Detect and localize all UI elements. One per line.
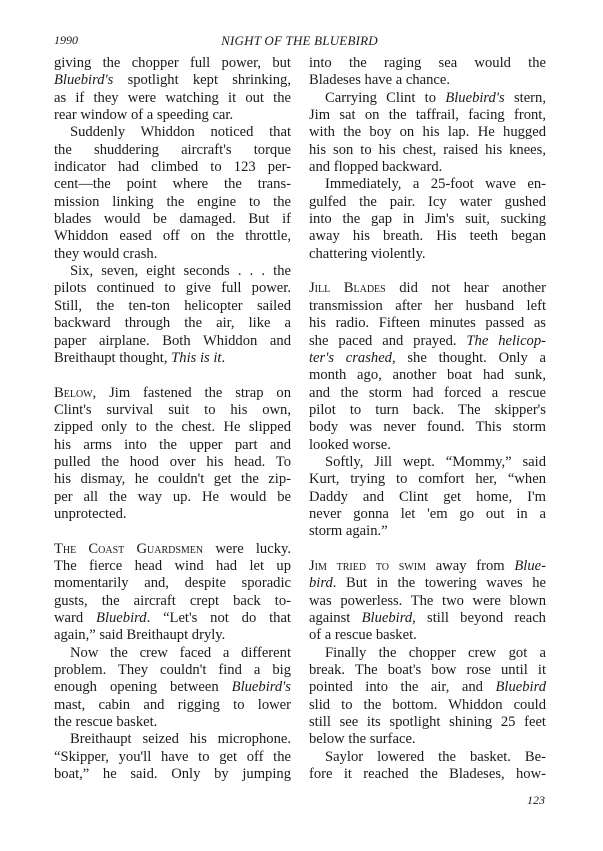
text-line: never gonna let 'em go out in a [309, 506, 546, 523]
section-break [309, 541, 546, 558]
text-line: Jim tried to swim away from Blue- [309, 558, 546, 575]
text-line: she paced and prayed. The helicop- [309, 333, 546, 350]
text-line: Immediately, a 25-foot wave en- [309, 176, 546, 193]
text-line: Below, Jim fastened the strap on [54, 385, 291, 402]
text-line: transmission after her husband left [309, 298, 546, 315]
text-line: as if they were watching it out the [54, 90, 291, 107]
text-line: still see its spotlight shining 25 feet [309, 714, 546, 731]
text-line: the shuddering aircraft's torque [54, 142, 291, 159]
text-line: The fierce head wind had let up [54, 558, 291, 575]
text-line: blades would be damaged. But if [54, 211, 291, 228]
text-line: zipped only to the chest. He slipped [54, 419, 291, 436]
section-break [54, 523, 291, 540]
text-line: “Skipper, you'll have to get off the [54, 749, 291, 766]
text-line: against Bluebird, still beyond reach [309, 610, 546, 627]
text-line: The Coast Guardsmen were lucky. [54, 541, 291, 558]
text-line: cent—the point where the trans- [54, 176, 291, 193]
text-line: gulfed the pair. Icy water gushed [309, 194, 546, 211]
text-line: with the boy on his lap. He hugged [309, 124, 546, 141]
text-line: momentarily and, despite sporadic [54, 575, 291, 592]
text-line: Still, the ten-ton helicopter sailed [54, 298, 291, 315]
text-line: and flopped backward. [309, 159, 546, 176]
text-line: fore it reached the Bladeses, how- [309, 766, 546, 783]
text-line: the rescue basket. [54, 714, 291, 731]
text-line: Suddenly Whiddon noticed that [54, 124, 291, 141]
text-line: Carrying Clint to Bluebird's stern, [309, 90, 546, 107]
text-line: into the gap in Jim's suit, sucking [309, 211, 546, 228]
text-line: again,” said Breithaupt dryly. [54, 627, 291, 644]
text-line: below the surface. [309, 731, 546, 748]
text-line: Breithaupt thought, This is it. [54, 350, 291, 367]
text-line: pointed into the air, and Bluebird [309, 679, 546, 696]
text-line: backward through the air, like a [54, 315, 291, 332]
text-line: boat,” he said. Only by jumping [54, 766, 291, 783]
text-line: pilot to turn back. The skipper's [309, 402, 546, 419]
text-line: month ago, another boat had sunk, [309, 367, 546, 384]
text-line: enough opening between Bluebird's [54, 679, 291, 696]
text-line: mission linking the engine to the [54, 194, 291, 211]
text-line: Finally the chopper crew got a [309, 645, 546, 662]
text-line: away his breath. His teeth began [309, 228, 546, 245]
section-break [309, 263, 546, 280]
text-line: Now the crew faced a different [54, 645, 291, 662]
text-line: giving the chopper full power, but [54, 55, 291, 72]
text-line: unprotected. [54, 506, 291, 523]
text-line: his son to his chest, raised his knees, [309, 142, 546, 159]
text-line: rear window of a speeding car. [54, 107, 291, 124]
text-line: looked worse. [309, 437, 546, 454]
text-line: Softly, Jill wept. “Mommy,” said [309, 454, 546, 471]
text-line: slid to the bottom. Whiddon could [309, 697, 546, 714]
text-line: break. The boat's bow rose until it [309, 662, 546, 679]
text-line: bird. But in the towering waves he [309, 575, 546, 592]
text-line: pulled the hood over his head. To [54, 454, 291, 471]
text-line: into the raging sea would the [309, 55, 546, 72]
text-line: Breithaupt seized his microphone. [54, 731, 291, 748]
text-line: mast, cabin and rigging to lower [54, 697, 291, 714]
text-line: per all the way up. He would be [54, 489, 291, 506]
text-line: Clint's survival suit to his own, [54, 402, 291, 419]
text-line: problem. They couldn't find a big [54, 662, 291, 679]
text-line: his arms into the upper part and [54, 437, 291, 454]
text-line: ward Bluebird. “Let's not do that [54, 610, 291, 627]
text-line: Six, seven, eight seconds . . . the [54, 263, 291, 280]
text-line: Jim sat on the taffrail, facing front, [309, 107, 546, 124]
text-line: pilots continued to give full power. [54, 280, 291, 297]
text-line: storm again.” [309, 523, 546, 540]
text-line: paper airplane. Both Whiddon and [54, 333, 291, 350]
text-line: body was never found. This storm [309, 419, 546, 436]
text-line: ter's crashed, she thought. Only a [309, 350, 546, 367]
text-line: and the storm had forced a rescue [309, 385, 546, 402]
text-line: was powerless. The two were blown [309, 593, 546, 610]
text-line: his dismay, he couldn't get the zip- [54, 471, 291, 488]
text-line: his radio. Fifteen minutes passed as [309, 315, 546, 332]
text-line: Bladeses have a chance. [309, 72, 546, 89]
text-line: they would crash. [54, 246, 291, 263]
left-column: giving the chopper full power, butBluebi… [54, 55, 291, 783]
text-line: indicator had climbed to 123 per- [54, 159, 291, 176]
right-column: into the raging sea would theBladeses ha… [309, 55, 546, 783]
text-line: of a rescue basket. [309, 627, 546, 644]
text-line: chattering violently. [309, 246, 546, 263]
text-line: Jill Blades did not hear another [309, 280, 546, 297]
text-line: Bluebird's spotlight kept shrinking, [54, 72, 291, 89]
text-line: Kurt, trying to comfort her, “when [309, 471, 546, 488]
text-line: gusts, the aircraft crept back to- [54, 593, 291, 610]
page-number: 123 [300, 793, 545, 808]
text-line: Whiddon eased off on the throttle, [54, 228, 291, 245]
section-break [54, 367, 291, 384]
text-line: Saylor lowered the basket. Be- [309, 749, 546, 766]
text-line: Daddy and Clint get home, I'm [309, 489, 546, 506]
running-title: NIGHT OF THE BLUEBIRD [54, 33, 545, 49]
running-header: 1990 NIGHT OF THE BLUEBIRD [54, 33, 545, 51]
